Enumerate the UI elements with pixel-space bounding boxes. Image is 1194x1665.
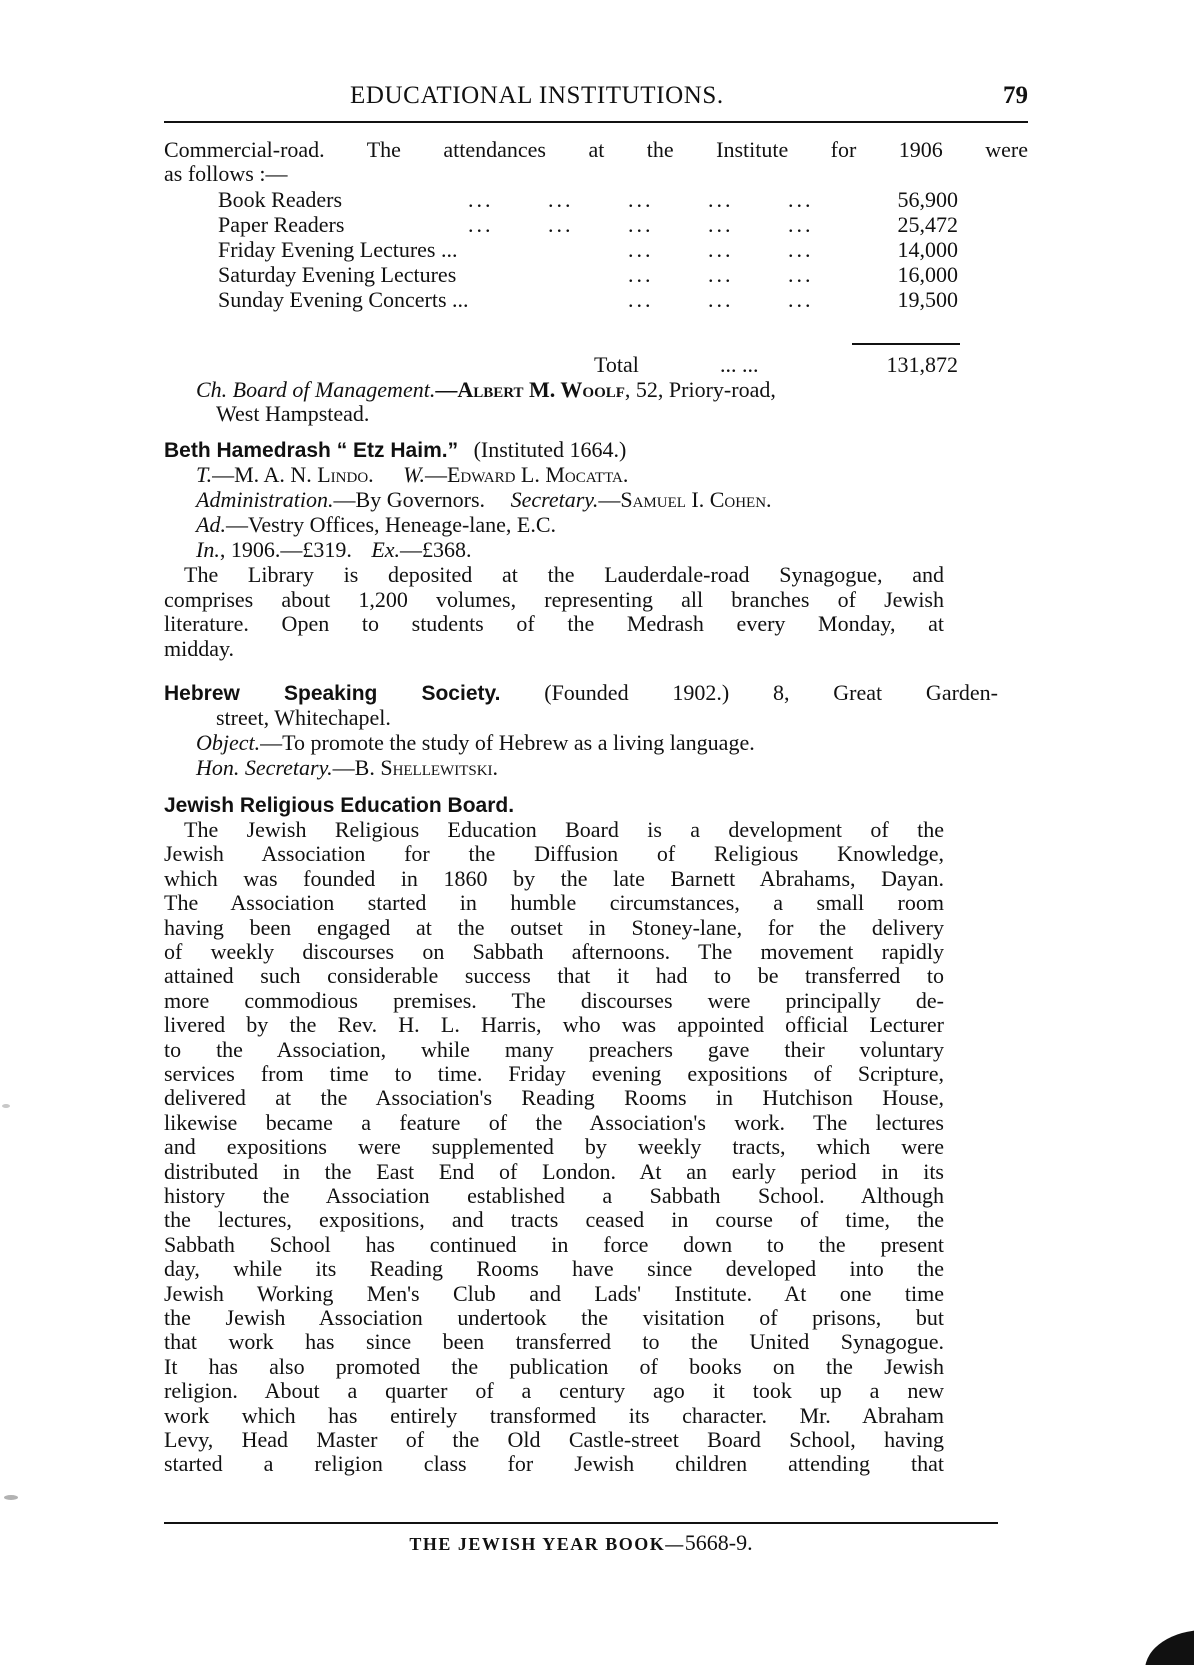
text-line: distributed in the East End of London. A… bbox=[164, 1159, 944, 1185]
board-line: Ch. Board of Management.—Albert M. Woolf… bbox=[196, 377, 1028, 403]
jreb-heading: Jewish Religious Education Board. bbox=[164, 792, 1028, 819]
beth-officers: T.—M. A. N. Lindo. W.—Edward L. Mocatta. bbox=[196, 462, 1028, 488]
text-line: services from time to time. Friday eveni… bbox=[164, 1061, 944, 1087]
expenditure-label: Ex. bbox=[371, 537, 400, 562]
beth-hamedrash-heading: Beth Hamedrash “ Etz Haim.” (Instituted … bbox=[164, 437, 1028, 464]
footer-rule bbox=[164, 1522, 998, 1524]
attendance-value: 14,000 bbox=[898, 237, 959, 263]
text-line: started a religion class for Jewish chil… bbox=[164, 1451, 944, 1477]
text-line: comprises about 1,200 volumes, represent… bbox=[164, 587, 944, 613]
hon-secretary-label: Hon. Secretary. bbox=[196, 755, 333, 780]
expenditure-value: —£368. bbox=[400, 537, 472, 562]
header-rule bbox=[164, 121, 1028, 123]
page-header: EDUCATIONAL INSTITUTIONS. 79 bbox=[164, 82, 1028, 122]
leader-dots: ......... bbox=[468, 262, 828, 288]
address-value: —Vestry Offices, Heneage-lane, E.C. bbox=[226, 512, 556, 537]
board-address: , 52, Priory-road, bbox=[625, 377, 776, 402]
text-line: work which has entirely transformed its … bbox=[164, 1403, 944, 1429]
leader-dots: ............... bbox=[468, 212, 828, 238]
text-line: the Jewish Association undertook the vis… bbox=[164, 1305, 944, 1331]
attendance-label: Book Readers bbox=[218, 187, 342, 213]
text-line: and expositions were supplemented by wee… bbox=[164, 1134, 944, 1160]
admin-label: Administration. bbox=[196, 487, 334, 512]
income-label: In. bbox=[196, 537, 220, 562]
object-value: —To promote the study of Hebrew as a liv… bbox=[260, 730, 755, 755]
footer-year: 5668-9. bbox=[685, 1530, 753, 1555]
text-line: It has also promoted the publication of … bbox=[164, 1354, 944, 1380]
intro-line-2: as follows :— bbox=[164, 161, 1028, 187]
leader-dots: ......... bbox=[468, 287, 828, 313]
beth-address: Ad.—Vestry Offices, Heneage-lane, E.C. bbox=[196, 512, 1028, 538]
text-line: midday. bbox=[164, 636, 944, 662]
text-line: which was founded in 1860 by the late Ba… bbox=[164, 866, 944, 892]
attendance-label: Saturday Evening Lectures bbox=[218, 262, 456, 288]
total-dots: ... ... bbox=[720, 352, 759, 378]
jreb-title: Jewish Religious Education Board. bbox=[164, 794, 514, 817]
board-name: —Albert M. Woolf bbox=[435, 377, 625, 402]
attendance-label: Sunday Evening Concerts ... bbox=[218, 287, 469, 313]
attendance-value: 16,000 bbox=[898, 262, 959, 288]
hebrew-society-note: (Founded 1902.) 8, Great Garden- bbox=[544, 680, 998, 705]
board-role: Ch. Board of Management. bbox=[196, 377, 435, 402]
intro-line-1: Commercial-road. The attendances at the … bbox=[164, 137, 1028, 163]
leader-dots: ......... bbox=[468, 237, 828, 263]
treasurer-label: T. bbox=[196, 462, 212, 487]
hebrew-society-address: street, Whitechapel. bbox=[216, 705, 1080, 731]
address-label: Ad. bbox=[196, 512, 226, 537]
beth-hamedrash-title: Beth Hamedrash “ Etz Haim.” bbox=[164, 439, 458, 462]
text-line: attained such considerable success that … bbox=[164, 963, 944, 989]
text-line: history the Association established a Sa… bbox=[164, 1183, 944, 1209]
attendance-label: Paper Readers bbox=[218, 212, 344, 238]
text-line: Jewish Association for the Diffusion of … bbox=[164, 841, 944, 867]
sum-rule bbox=[852, 343, 960, 345]
secretary-label: Secretary. bbox=[511, 487, 599, 512]
warden-label: W. bbox=[403, 462, 425, 487]
text-line: more commodious premises. The discourses… bbox=[164, 988, 944, 1014]
total-label: Total bbox=[594, 352, 639, 378]
page-number: 79 bbox=[1003, 82, 1028, 110]
page-footer: THE JEWISH YEAR BOOK—5668-9. bbox=[164, 1530, 998, 1556]
text-line: that work has since been transferred to … bbox=[164, 1329, 944, 1355]
attendance-value: 25,472 bbox=[898, 212, 959, 238]
text-line: The Jewish Religious Education Board is … bbox=[184, 817, 944, 843]
text-line: Jewish Working Men's Club and Lads' Inst… bbox=[164, 1281, 944, 1307]
text-line: literature. Open to students of the Medr… bbox=[164, 611, 944, 637]
scan-artifact bbox=[4, 1495, 18, 1500]
hon-secretary-name: —B. Shellewitski. bbox=[333, 755, 498, 780]
beth-hamedrash-note: (Instituted 1664.) bbox=[474, 437, 627, 462]
book-page: EDUCATIONAL INSTITUTIONS. 79 Commercial-… bbox=[0, 0, 1194, 1665]
warden-name: —Edward L. Mocatta. bbox=[425, 462, 628, 487]
text-line: having been engaged at the outset in Sto… bbox=[164, 915, 944, 941]
scan-artifact bbox=[2, 1104, 10, 1108]
running-head: EDUCATIONAL INSTITUTIONS. bbox=[350, 82, 724, 110]
attendance-label: Friday Evening Lectures ... bbox=[218, 237, 458, 263]
text-line: delivered at the Association's Reading R… bbox=[164, 1085, 944, 1111]
board-address-2: West Hampstead. bbox=[216, 401, 1048, 427]
text-line: Levy, Head Master of the Old Castle-stre… bbox=[164, 1427, 944, 1453]
text-line: to the Association, while many preachers… bbox=[164, 1037, 944, 1063]
total-value: 131,872 bbox=[887, 352, 959, 378]
leader-dots: ............... bbox=[468, 187, 828, 213]
hebrew-society-object: Object.—To promote the study of Hebrew a… bbox=[196, 730, 1028, 756]
admin-value: —By Governors. bbox=[334, 487, 486, 512]
attendance-value: 19,500 bbox=[898, 287, 959, 313]
attendance-value: 56,900 bbox=[898, 187, 959, 213]
text-line: The Library is deposited at the Lauderda… bbox=[184, 562, 944, 588]
page-corner-shadow bbox=[1145, 1630, 1194, 1665]
object-label: Object. bbox=[196, 730, 260, 755]
treasurer-name: —M. A. N. Lindo. bbox=[212, 462, 374, 487]
beth-finance: In., 1906.—£319. Ex.—£368. bbox=[196, 537, 1028, 563]
text-line: of weekly discourses on Sabbath afternoo… bbox=[164, 939, 944, 965]
text-line: day, while its Reading Rooms have since … bbox=[164, 1256, 944, 1282]
text-line: the lectures, expositions, and tracts ce… bbox=[164, 1207, 944, 1233]
secretary-name: —Samuel I. Cohen. bbox=[598, 487, 771, 512]
text-line: likewise became a feature of the Associa… bbox=[164, 1110, 944, 1136]
hebrew-society-secretary: Hon. Secretary.—B. Shellewitski. bbox=[196, 755, 1028, 781]
footer-title: THE JEWISH YEAR BOOK— bbox=[409, 1534, 684, 1554]
text-line: religion. About a quarter of a century a… bbox=[164, 1378, 944, 1404]
hebrew-society-title: Hebrew Speaking Society. bbox=[164, 682, 500, 705]
hebrew-society-heading: Hebrew Speaking Society. (Founded 1902.)… bbox=[164, 680, 998, 707]
text-line: livered by the Rev. H. L. Harris, who wa… bbox=[164, 1012, 944, 1038]
text-line: Sabbath School has continued in force do… bbox=[164, 1232, 944, 1258]
text-line: The Association started in humble circum… bbox=[164, 890, 944, 916]
beth-admin: Administration.—By Governors. Secretary.… bbox=[196, 487, 1028, 513]
income-value: , 1906.—£319. bbox=[220, 537, 352, 562]
